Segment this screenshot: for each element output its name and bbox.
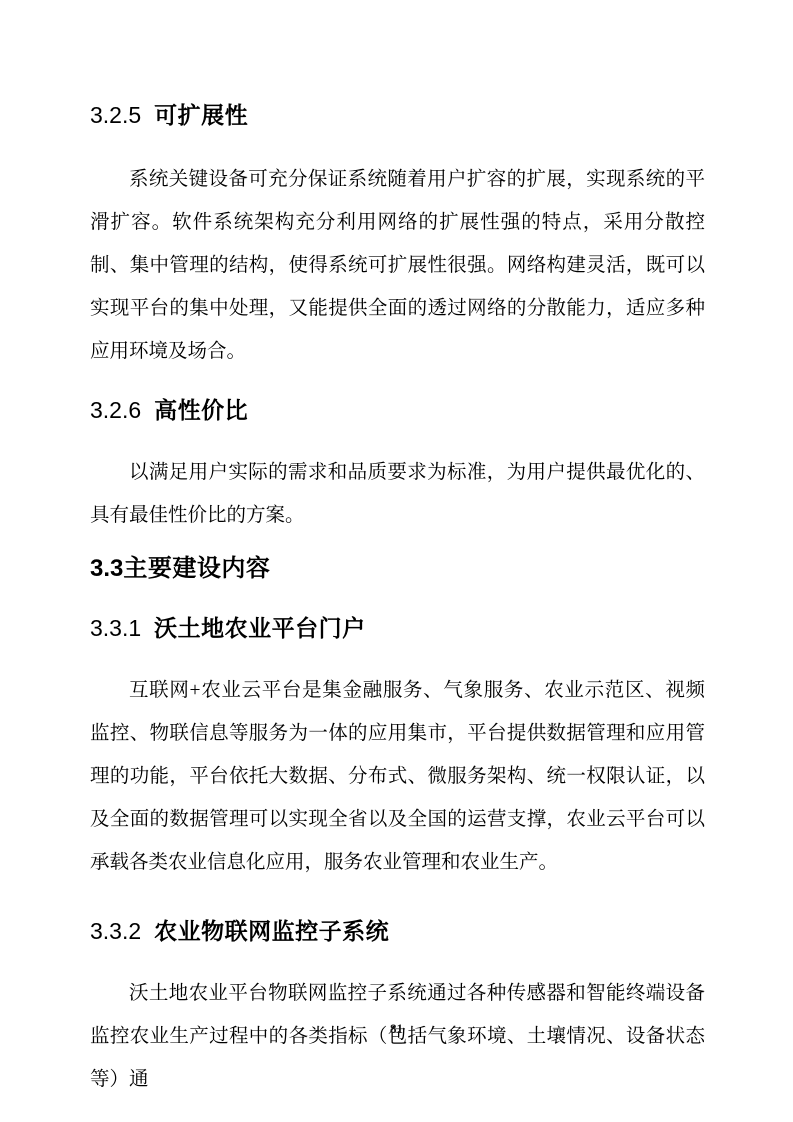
document-page: 3.2.5可扩展性 系统关键设备可充分保证系统随着用户扩容的扩展，实现系统的平滑… xyxy=(0,0,793,1122)
heading-title: 主要建设内容 xyxy=(123,555,270,582)
heading-3-3-2: 3.3.2农业物联网监控子系统 xyxy=(90,916,705,946)
heading-number: 3.3.1 xyxy=(90,615,141,641)
heading-number: 3.3.2 xyxy=(90,918,141,944)
heading-number: 3.2.5 xyxy=(90,102,141,128)
heading-3-2-6: 3.2.6高性价比 xyxy=(90,395,705,425)
heading-number: 3.2.6 xyxy=(90,397,141,423)
paragraph-cost-performance: 以满足用户实际的需求和品质要求为标准，为用户提供最优化的、具有最佳性价比的方案。 xyxy=(90,451,705,537)
paragraph-scalability: 系统关键设备可充分保证系统随着用户扩容的扩展，实现系统的平滑扩容。软件系统架构充… xyxy=(90,158,705,373)
heading-3-3-1: 3.3.1沃土地农业平台门户 xyxy=(90,613,705,643)
heading-title: 高性价比 xyxy=(154,397,248,423)
page-number: 81 xyxy=(390,1021,403,1036)
heading-3-3: 3.3主要建设内容 xyxy=(90,553,705,585)
heading-title: 沃土地农业平台门户 xyxy=(154,615,366,641)
paragraph-platform-portal: 互联网+农业云平台是集金融服务、气象服务、农业示范区、视频监控、物联信息等服务为… xyxy=(90,669,705,884)
heading-3-2-5: 3.2.5可扩展性 xyxy=(90,100,705,130)
heading-title: 农业物联网监控子系统 xyxy=(154,918,389,944)
heading-title: 可扩展性 xyxy=(154,102,248,128)
page-footer: 81 xyxy=(0,1020,793,1038)
heading-number: 3.3 xyxy=(90,555,123,582)
